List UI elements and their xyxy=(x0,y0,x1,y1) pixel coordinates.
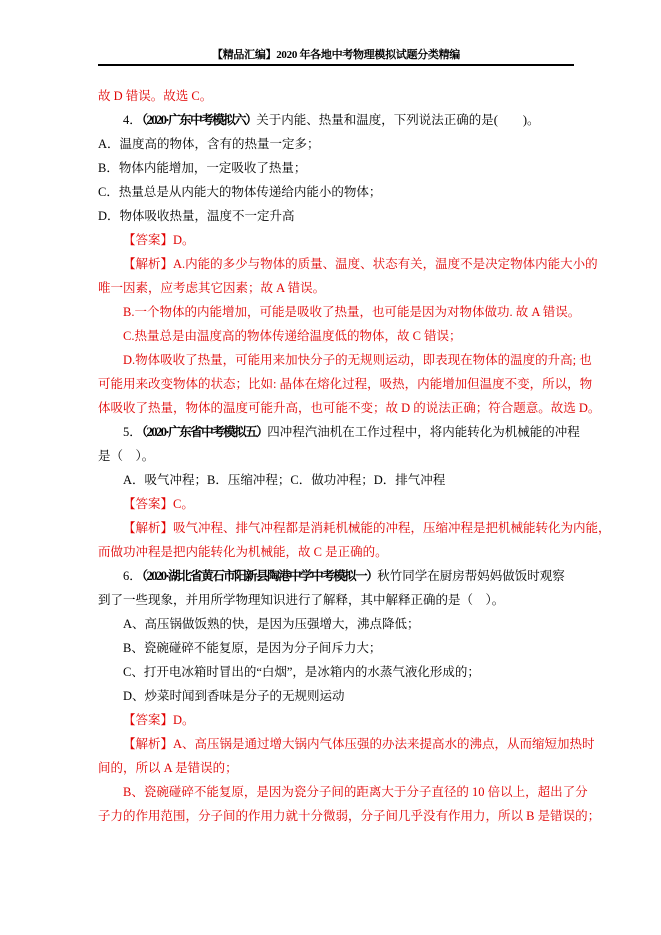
doc-text: 4． xyxy=(123,113,142,127)
doc-line: D.物体吸收了热量，可能用来加快分子的无规则运动，即表现在物体的温度的升高; 也 xyxy=(98,348,584,372)
doc-line: A．吸气冲程；B．压缩冲程；C．做功冲程；D．排气冲程 xyxy=(98,468,584,492)
doc-line: C、打开电冰箱时冒出的“白烟”，是冰箱内的水蒸气液化形成的； xyxy=(98,660,584,684)
doc-text: 【答案】D。 xyxy=(123,233,195,247)
doc-text: A．温度高的物体，含有的热量一定多； xyxy=(98,137,320,151)
doc-text: 体吸收了热量，物体的温度可能升高，也可能不变；故 D 的说法正确；符合题意。故选… xyxy=(98,401,600,415)
doc-line: 到了一些现象，并用所学物理知识进行了解释，其中解释正确的是（ ）。 xyxy=(98,588,584,612)
doc-text: 是（ ）。 xyxy=(98,449,154,463)
question-source-label: （2020·湖北省黄石市阳新县陶港中学中考模拟一） xyxy=(142,569,377,583)
doc-line: 子力的作用范围，分子间的作用力就十分微弱，分子间几乎没有作用力，所以 B 是错误… xyxy=(98,804,584,828)
doc-text: 【答案】C。 xyxy=(123,497,194,511)
doc-text: C、打开电冰箱时冒出的“白烟”，是冰箱内的水蒸气液化形成的； xyxy=(123,665,480,679)
question-source-label: （2020·广东省中考模拟五） xyxy=(142,425,267,439)
doc-text: 【解析】A.内能的多少与物体的质量、温度、状态有关，温度不是决定物体内能大小的 xyxy=(123,257,598,271)
doc-line: 唯一因素，应考虑其它因素；故 A 错误。 xyxy=(98,276,584,300)
exam-document-body: 故 D 错误。故选 C。4．（2020·广东中考模拟六）关于内能、热量和温度，下… xyxy=(98,84,584,828)
doc-line: C.热量总是由温度高的物体传递给温度低的物体，故 C 错误； xyxy=(98,324,584,348)
doc-line: B.一个物体的内能增加，可能是吸收了热量，也可能是因为对物体做功. 故 A 错误… xyxy=(98,300,584,324)
doc-line: 【答案】D。 xyxy=(98,228,584,252)
doc-text: 可能用来改变物体的状态；比如: 晶体在熔化过程，吸热，内能增加但温度不变，所以，… xyxy=(98,377,592,391)
doc-text: 秋竹同学在厨房帮妈妈做饭时观察 xyxy=(377,569,565,583)
doc-text: C．热量总是从内能大的物体传递给内能小的物体； xyxy=(98,185,381,199)
doc-line: C．热量总是从内能大的物体传递给内能小的物体； xyxy=(98,180,584,204)
doc-text: 5． xyxy=(123,425,142,439)
doc-text: B．物体内能增加，一定吸收了热量； xyxy=(98,161,306,175)
doc-text: 6． xyxy=(123,569,142,583)
doc-line: 间的，所以 A 是错误的； xyxy=(98,756,584,780)
doc-line: 可能用来改变物体的状态；比如: 晶体在熔化过程，吸热，内能增加但温度不变，所以，… xyxy=(98,372,584,396)
doc-line: 【答案】C。 xyxy=(98,492,584,516)
doc-line: 【答案】D。 xyxy=(98,708,584,732)
question-source-label: （2020·广东中考模拟六） xyxy=(142,113,256,127)
doc-line: 是（ ）。 xyxy=(98,444,584,468)
doc-line: 【解析】A.内能的多少与物体的质量、温度、状态有关，温度不是决定物体内能大小的 xyxy=(98,252,584,276)
doc-text: D．物体吸收热量，温度不一定升高 xyxy=(98,209,295,223)
doc-text: 间的，所以 A 是错误的； xyxy=(98,761,238,775)
doc-line: 4．（2020·广东中考模拟六）关于内能、热量和温度，下列说法正确的是( )。 xyxy=(98,108,584,132)
doc-text: B、瓷碗碰碎不能复原，是因为瓷分子间的距离大于分子直径的 10 倍以上，超出了分 xyxy=(123,785,588,799)
doc-text: 【答案】D。 xyxy=(123,713,195,727)
doc-text: 唯一因素，应考虑其它因素；故 A 错误。 xyxy=(98,281,325,295)
doc-text: A．吸气冲程；B．压缩冲程；C．做功冲程；D．排气冲程 xyxy=(123,473,445,487)
doc-line: B、瓷碗碰碎不能复原，是因为瓷分子间的距离大于分子直径的 10 倍以上，超出了分 xyxy=(98,780,584,804)
doc-text: D.物体吸收了热量，可能用来加快分子的无规则运动，即表现在物体的温度的升高; 也 xyxy=(123,353,592,367)
doc-line: 体吸收了热量，物体的温度可能升高，也可能不变；故 D 的说法正确；符合题意。故选… xyxy=(98,396,584,420)
doc-line: D、炒菜时闻到香味是分子的无规则运动 xyxy=(98,684,584,708)
doc-text: D、炒菜时闻到香味是分子的无规则运动 xyxy=(123,689,345,703)
doc-text: B.一个物体的内能增加，可能是吸收了热量，也可能是因为对物体做功. 故 A 错误… xyxy=(123,305,580,319)
doc-line: 6．（2020·湖北省黄石市阳新县陶港中学中考模拟一）秋竹同学在厨房帮妈妈做饭时… xyxy=(98,564,584,588)
doc-line: B．物体内能增加，一定吸收了热量； xyxy=(98,156,584,180)
doc-line: 5．（2020·广东省中考模拟五）四冲程汽油机在工作过程中，将内能转化为机械能的… xyxy=(98,420,584,444)
doc-line: D．物体吸收热量，温度不一定升高 xyxy=(98,204,584,228)
page-header: 【精品汇编】2020 年各地中考物理模拟试题分类精编 xyxy=(98,0,574,66)
page-header-title: 【精品汇编】2020 年各地中考物理模拟试题分类精编 xyxy=(98,46,574,62)
doc-text: 子力的作用范围，分子间的作用力就十分微弱，分子间几乎没有作用力，所以 B 是错误… xyxy=(98,809,600,823)
document-page: 【精品汇编】2020 年各地中考物理模拟试题分类精编 故 D 错误。故选 C。4… xyxy=(0,0,661,935)
doc-line: 故 D 错误。故选 C。 xyxy=(98,84,584,108)
doc-text: 故 D 错误。故选 C。 xyxy=(98,89,212,103)
doc-line: 而做功冲程是把内能转化为机械能，故 C 是正确的。 xyxy=(98,540,584,564)
doc-text: 四冲程汽油机在工作过程中，将内能转化为机械能的冲程 xyxy=(267,425,580,439)
doc-text: 【解析】吸气冲程、排气冲程都是消耗机械能的冲程，压缩冲程是把机械能转化为内能， xyxy=(123,521,611,535)
doc-text: 而做功冲程是把内能转化为机械能，故 C 是正确的。 xyxy=(98,545,388,559)
doc-text: 【解析】A、高压锅是通过增大锅内气体压强的办法来提高水的沸点，从而缩短加热时 xyxy=(123,737,595,751)
doc-text: A、高压锅做饭熟的快，是因为压强增大，沸点降低； xyxy=(123,617,420,631)
doc-text: C.热量总是由温度高的物体传递给温度低的物体，故 C 错误； xyxy=(123,329,462,343)
doc-text: 关于内能、热量和温度，下列说法正确的是( )。 xyxy=(256,113,539,127)
doc-line: 【解析】吸气冲程、排气冲程都是消耗机械能的冲程，压缩冲程是把机械能转化为内能， xyxy=(98,516,584,540)
doc-line: 【解析】A、高压锅是通过增大锅内气体压强的办法来提高水的沸点，从而缩短加热时 xyxy=(98,732,584,756)
doc-line: A．温度高的物体，含有的热量一定多； xyxy=(98,132,584,156)
doc-line: A、高压锅做饭熟的快，是因为压强增大，沸点降低； xyxy=(98,612,584,636)
doc-line: B、瓷碗碰碎不能复原，是因为分子间斥力大； xyxy=(98,636,584,660)
doc-text: 到了一些现象，并用所学物理知识进行了解释，其中解释正确的是（ ）。 xyxy=(98,593,504,607)
doc-text: B、瓷碗碰碎不能复原，是因为分子间斥力大； xyxy=(123,641,381,655)
